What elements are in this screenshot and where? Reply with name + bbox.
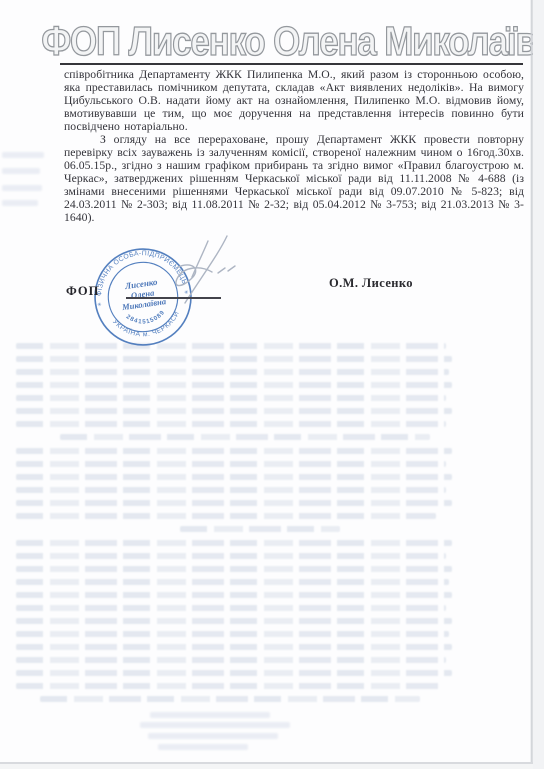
bleed-line [16,566,452,572]
signer-name: О.М. Лисенко [329,276,413,291]
bleed-blob [2,200,38,206]
page-edge-shadow-right [530,0,533,769]
bleed-line [16,540,452,546]
bleed-blob [140,722,290,728]
bleed-line [16,670,452,676]
bleed-line [16,461,446,467]
signature-line [126,297,221,299]
stamp-star-left-icon: ✳ [97,302,102,309]
bleed-line [16,343,446,349]
bleed-line [16,408,452,414]
bleed-line [16,382,452,388]
bleed-line [16,474,452,480]
bleed-line [16,579,449,585]
page-edge-right [533,0,544,769]
bleed-line [16,631,449,637]
letter-body: співробітника Департаменту ЖКК Пилипенка… [64,68,524,224]
bleed-line [16,487,446,493]
scanned-document-page: ФОП Лисенко Олена Миколаївна співробітни… [0,0,544,769]
bleed-blob [2,185,42,191]
bleed-line [16,644,452,650]
body-paragraph-2: З огляду на все перераховане, прошу Депа… [64,133,524,224]
bleed-line [16,553,446,559]
body-paragraph-1: співробітника Департаменту ЖКК Пилипенка… [64,68,524,133]
svg-text:УКРАЇНА м. ЧЕРКАСИ: УКРАЇНА м. ЧЕРКАСИ [110,309,183,342]
bleed-line [16,395,446,401]
page-edge-bottom [0,764,533,769]
bleed-line [180,526,340,532]
bleed-line [16,369,449,375]
bleed-line [60,434,430,440]
bleed-line [16,356,452,362]
bleed-line [16,513,436,519]
bleed-line [16,500,452,506]
bleed-blob [158,744,248,750]
stamp-ring-bottom-text: УКРАЇНА м. ЧЕРКАСИ [110,309,183,342]
letterhead-title: ФОП Лисенко Олена Миколаївна [41,18,518,70]
bleed-blob [2,152,44,158]
bleed-line [16,605,446,611]
handwritten-signature-icon [128,231,258,313]
fop-label: ФОП [66,284,99,299]
bleed-blob [148,733,278,739]
bleed-line [40,696,420,702]
letterhead-underline [60,63,523,65]
bleed-line [16,448,452,454]
bleed-blob [150,712,270,718]
bleed-line [16,683,441,689]
bleed-line [16,592,452,598]
bleed-line [16,657,446,663]
bleed-line [16,421,446,427]
page-edge-shadow-bottom [0,762,533,764]
bleed-line [16,618,452,624]
bleed-blob [2,168,40,174]
